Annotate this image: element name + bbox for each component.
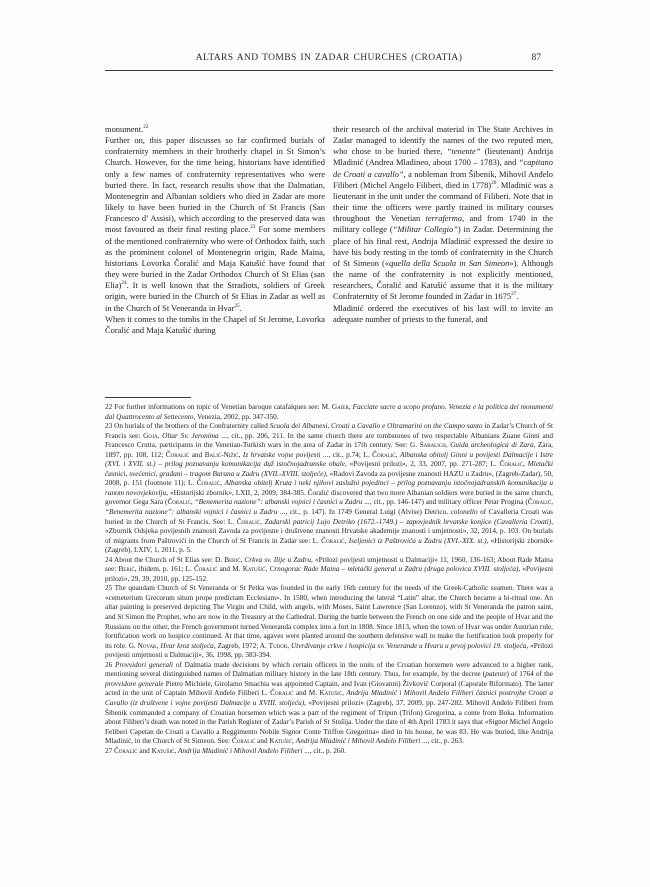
footnote-text: For further informations on topic of Ven… xyxy=(105,403,553,421)
body-paragraph: When it comes to the tombs in the Chapel… xyxy=(105,314,325,336)
footnote-text: Provvidori generali of Dalmatia made dec… xyxy=(105,661,553,745)
header-rule xyxy=(105,70,553,71)
body-paragraph: Mladinić ordered the executives of his l… xyxy=(333,303,553,325)
footnote-item: 25 The quandam Church of St Veneranda or… xyxy=(105,584,553,660)
footnote-text: About the Church of St Elias see: D. Ber… xyxy=(105,556,553,583)
right-column: their research of the archival material … xyxy=(333,124,553,336)
footnotes-section: 22 For further informations on topic of … xyxy=(105,403,553,756)
footnote-item: 26 Provvidori generali of Dalmatia made … xyxy=(105,661,553,747)
paper-page: ALTARS AND TOMBS IN ZADAR CHURCHES (CROA… xyxy=(0,0,650,887)
body-paragraph: Further on, this paper discusses so far … xyxy=(105,135,325,314)
footnote-text: Čoralić and Katušić, Andrija Mladinić i … xyxy=(114,747,346,755)
body-paragraph: their research of the archival material … xyxy=(333,124,553,303)
footnote-item: 22 For further informations on topic of … xyxy=(105,403,553,422)
footnote-number: 26 xyxy=(105,661,112,669)
footnote-number: 25 xyxy=(105,584,112,592)
footnote-separator xyxy=(105,397,191,398)
footnote-text: On burials of the brothers of the Confra… xyxy=(105,422,553,554)
left-column: monument.22 Further on, this paper discu… xyxy=(105,124,325,336)
footnote-number: 27 xyxy=(105,747,112,755)
footnote-number: 24 xyxy=(105,556,112,564)
footnote-number: 22 xyxy=(105,403,112,411)
running-head-title: ALTARS AND TOMBS IN ZADAR CHURCHES (CROA… xyxy=(105,53,553,63)
footnote-item: 24 About the Church of St Elias see: D. … xyxy=(105,556,553,585)
footnote-item: 27 Čoralić and Katušić, Andrija Mladinić… xyxy=(105,747,553,757)
running-head: ALTARS AND TOMBS IN ZADAR CHURCHES (CROA… xyxy=(105,53,553,67)
page-number: 87 xyxy=(532,53,542,63)
footnote-item: 23 On burials of the brothers of the Con… xyxy=(105,422,553,556)
footnote-number: 23 xyxy=(105,422,112,430)
footnote-text: The quandam Church of St Veneranda or St… xyxy=(105,584,553,659)
body-columns: monument.22 Further on, this paper discu… xyxy=(105,124,553,336)
body-paragraph: monument.22 xyxy=(105,124,325,135)
